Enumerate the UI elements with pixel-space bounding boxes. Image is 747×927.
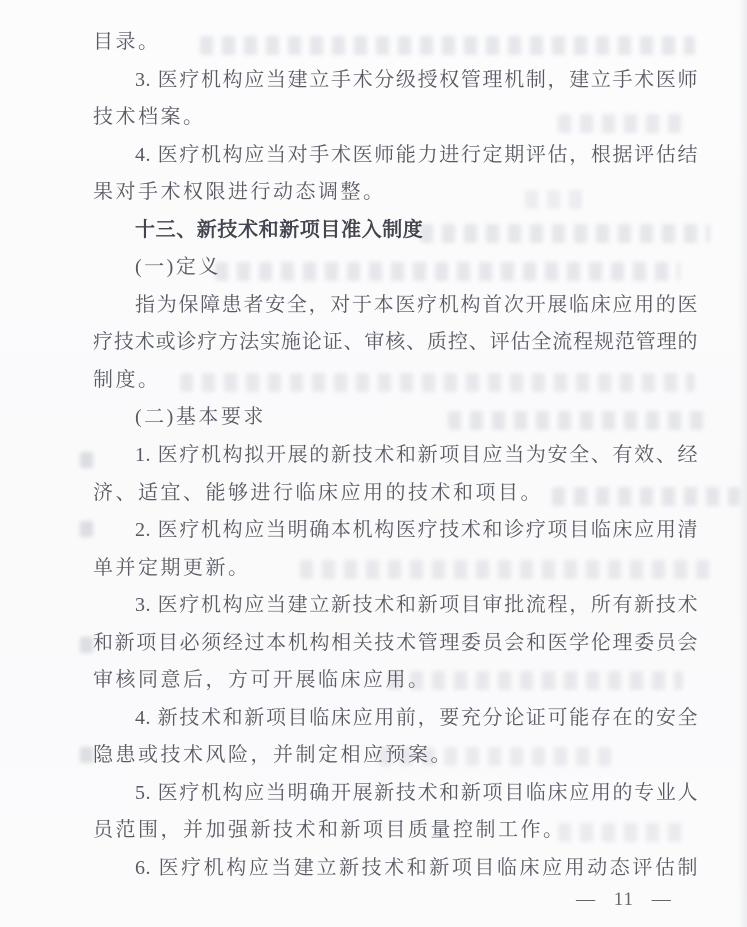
page-edge-shadow	[738, 0, 747, 927]
text-line: (二)基本要求	[93, 399, 698, 437]
text-line: 6. 医疗机构应当建立新技术和新项目临床应用动态评估制	[93, 850, 698, 888]
text-line: 和新项目必须经过本机构相关技术管理委员会和医学伦理委员会	[93, 625, 698, 663]
document-text: 目录。3. 医疗机构应当建立手术分级授权管理机制，建立手术医师技术档案。4. 医…	[93, 24, 698, 888]
section-heading: 十三、新技术和新项目准入制度	[93, 212, 698, 250]
bleed-through-artifact	[80, 521, 93, 537]
text-line: 3. 医疗机构应当建立手术分级授权管理机制，建立手术医师	[93, 62, 698, 100]
text-line: 技术档案。	[93, 99, 698, 137]
text-line: 5. 医疗机构应当明确开展新技术和新项目临床应用的专业人	[93, 775, 698, 813]
text-line: 果对手术权限进行动态调整。	[93, 174, 698, 212]
scanned-document-page: 目录。3. 医疗机构应当建立手术分级授权管理机制，建立手术医师技术档案。4. 医…	[0, 0, 747, 927]
text-line: 4. 新技术和新项目临床应用前，要充分论证可能存在的安全	[93, 700, 698, 738]
text-line: 目录。	[93, 24, 698, 62]
text-line: 单并定期更新。	[93, 550, 698, 588]
bleed-through-artifact	[80, 452, 93, 468]
text-line: 指为保障患者安全，对于本医疗机构首次开展临床应用的医	[93, 287, 698, 325]
text-line: 隐患或技术风险，并制定相应预案。	[93, 737, 698, 775]
text-line: 员范围，并加强新技术和新项目质量控制工作。	[93, 812, 698, 850]
text-line: 审核同意后，方可开展临床应用。	[93, 662, 698, 700]
text-line: 2. 医疗机构应当明确本机构医疗技术和诊疗项目临床应用清	[93, 512, 698, 550]
text-line: 4. 医疗机构应当对手术医师能力进行定期评估，根据评估结	[93, 137, 698, 175]
text-line: (一)定义	[93, 249, 698, 287]
text-line: 制度。	[93, 362, 698, 400]
text-line: 济、适宜、能够进行临床应用的技术和项目。	[93, 475, 698, 513]
bleed-through-artifact	[80, 747, 93, 763]
page-number: — 11 —	[576, 889, 672, 911]
text-line: 疗技术或诊疗方法实施论证、审核、质控、评估全流程规范管理的	[93, 324, 698, 362]
text-line: 3. 医疗机构应当建立新技术和新项目审批流程，所有新技术	[93, 587, 698, 625]
text-line: 1. 医疗机构拟开展的新技术和新项目应当为安全、有效、经	[93, 437, 698, 475]
bleed-through-artifact	[80, 637, 93, 653]
